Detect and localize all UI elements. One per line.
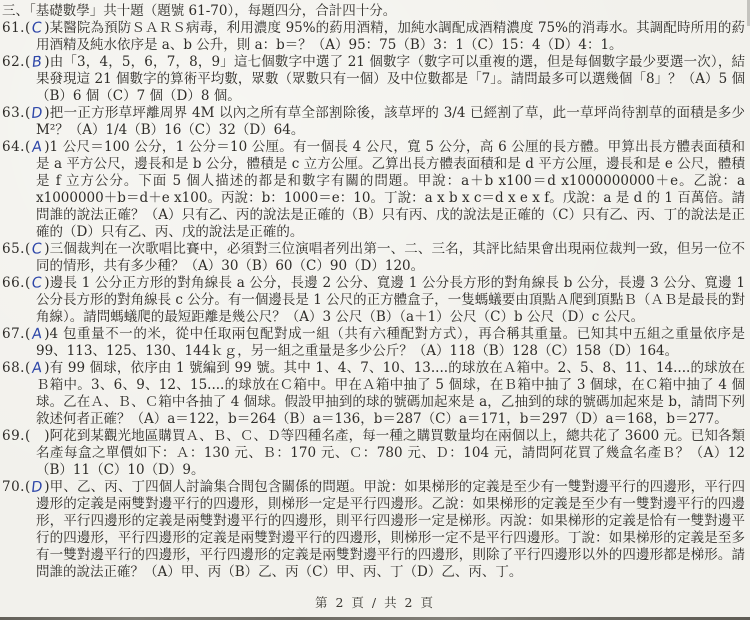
handwritten-answer: C xyxy=(30,241,45,259)
handwritten-answer: A xyxy=(30,326,45,344)
question-number: 68. xyxy=(2,360,25,376)
question-text: 有 99 個球，依序由 1 號編到 99 號。其中 1、4、7、10、13...… xyxy=(36,360,745,427)
scanned-exam-page: 三、「基礎數學」共十題（題號 61-70），每題四分，合計四十分。 61.(C)… xyxy=(0,0,750,620)
question-item: 70.(D)甲、乙、丙、丁四個人討論集合間包含關係的問題。甲說：如果梯形的定義是… xyxy=(2,479,745,581)
question-text: 甲、乙、丙、丁四個人討論集合間包含關係的問題。甲說：如果梯形的定義是至少有一雙對… xyxy=(36,479,745,580)
question-number: 70. xyxy=(2,479,25,495)
handwritten-answer: C xyxy=(30,20,45,38)
question-text: 1 公尺＝100 公分，1 公分＝10 公厘。有一個長 4 公尺，寬 5 公分，… xyxy=(36,139,745,240)
question-number: 61. xyxy=(2,20,25,36)
question-text: 阿花到某觀光地區購買Ａ、Ｂ、Ｃ、Ｄ等四種名產，每一種之購買數量均在兩個以上，總共… xyxy=(36,428,745,478)
question-text: 把一正方形草坪離周界 4M 以內之所有草全部割除後，該草坪的 3/4 已經割了草… xyxy=(36,105,745,138)
question-item: 65.(C)三個裁判在一次歌唱比賽中，必須對三位演唱者列出第一、二、三名，其評比… xyxy=(2,241,745,275)
question-number: 64. xyxy=(2,139,25,155)
handwritten-answer: C xyxy=(30,275,45,293)
question-item: 64.(A)1 公尺＝100 公分，1 公分＝10 公厘。有一個長 4 公尺，寬… xyxy=(2,139,745,241)
handwritten-answer: D xyxy=(30,479,45,497)
question-item: 62.(B)由「3，4，5，6，7，8，9」這七個數字中選了 21 個數字（數字… xyxy=(2,54,745,105)
question-text: 邊長 1 公分正方形的對角線長 a 公分，長邊 2 公分、寬邊 1 公分長方形的… xyxy=(36,275,745,325)
answer-paren-open: ( xyxy=(25,428,30,444)
question-item: 69.()阿花到某觀光地區購買Ａ、Ｂ、Ｃ、Ｄ等四種名產，每一種之購買數量均在兩個… xyxy=(2,428,745,479)
handwritten-answer: A xyxy=(30,139,45,157)
question-item: 68.(A)有 99 個球，依序由 1 號編到 99 號。其中 1、4、7、10… xyxy=(2,360,745,428)
question-item: 67.(A)4 包重量不一的米，從中任取兩包配對成一組（共有六種配對方式），再合… xyxy=(2,326,745,360)
question-text: 某醫院為預防ＳＡＲＳ病毒，利用濃度 95%的葯用酒精，加純水調配成酒精濃度 75… xyxy=(36,20,745,53)
page-footer: 第 2 頁 / 共 2 頁 xyxy=(0,593,750,611)
question-item: 66.(C)邊長 1 公分正方形的對角線長 a 公分，長邊 2 公分、寬邊 1 … xyxy=(2,275,745,326)
handwritten-answer: A xyxy=(30,360,45,378)
question-item: 61.(C)某醫院為預防ＳＡＲＳ病毒，利用濃度 95%的葯用酒精，加純水調配成酒… xyxy=(2,20,745,54)
question-number: 67. xyxy=(2,326,25,342)
handwritten-answer: D xyxy=(30,105,45,123)
question-number: 69. xyxy=(2,428,25,444)
question-list: 61.(C)某醫院為預防ＳＡＲＳ病毒，利用濃度 95%的葯用酒精，加純水調配成酒… xyxy=(2,20,745,581)
handwritten-answer xyxy=(30,439,44,441)
question-item: 63.(D)把一正方形草坪離周界 4M 以內之所有草全部割除後，該草坪的 3/4… xyxy=(2,105,745,139)
question-number: 62. xyxy=(2,54,25,70)
question-text: 由「3，4，5，6，7，8，9」這七個數字中選了 21 個數字（數字可以重複的選… xyxy=(36,54,745,104)
handwritten-answer: B xyxy=(30,54,45,72)
question-number: 66. xyxy=(2,275,25,291)
question-text: 三個裁判在一次歌唱比賽中，必須對三位演唱者列出第一、二、三名，其評比結果會出現兩… xyxy=(36,241,745,274)
question-text: 4 包重量不一的米，從中任取兩包配對成一組（共有六種配對方式），再合稱其重量。已… xyxy=(36,326,745,359)
section-header: 三、「基礎數學」共十題（題號 61-70），每題四分，合計四十分。 xyxy=(2,3,745,20)
question-number: 63. xyxy=(2,105,25,121)
question-number: 65. xyxy=(2,241,25,257)
